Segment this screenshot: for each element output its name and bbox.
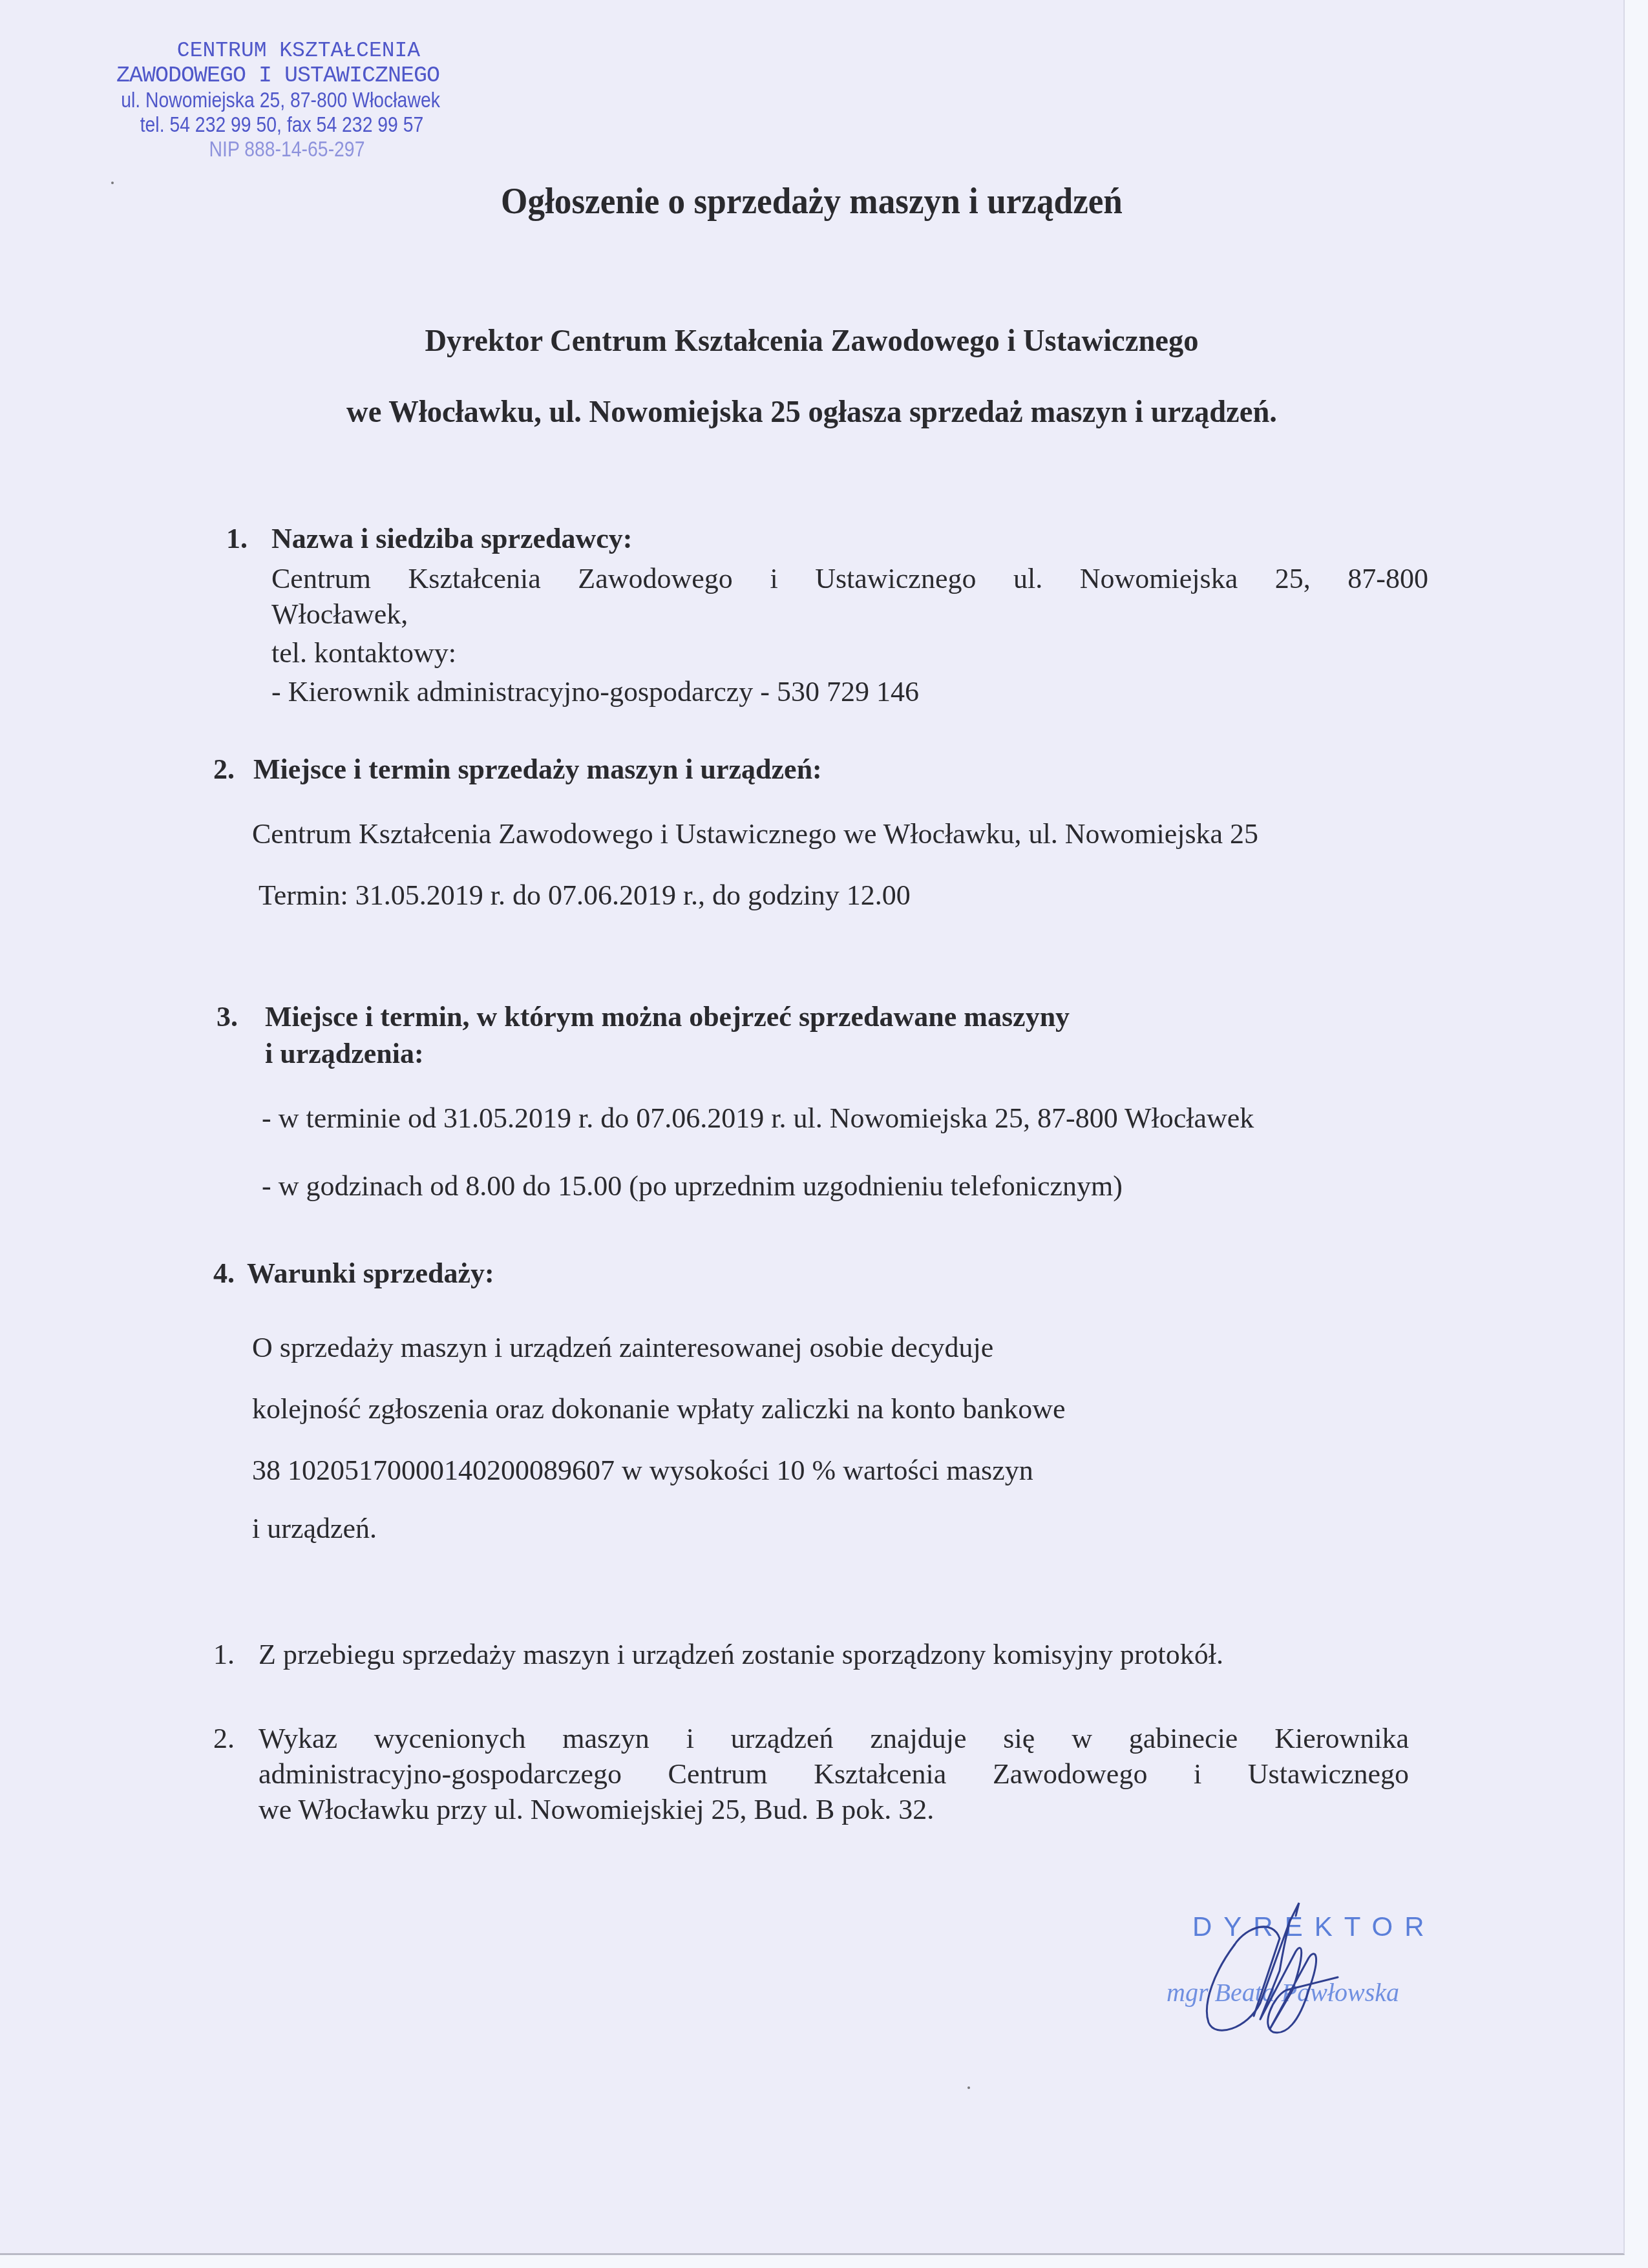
- handwritten-signature-icon: [1176, 1893, 1357, 2042]
- section-heading: Miejsce i termin, w którym można obejrze…: [265, 1000, 1070, 1033]
- stamp-line-2: ZAWODOWEGO I USTAWICZNEGO: [71, 63, 485, 88]
- section-line: kolejność zgłoszenia oraz dokonanie wpła…: [252, 1392, 1065, 1425]
- section-heading: Warunki sprzedaży:: [247, 1257, 494, 1290]
- section-number: 4.: [213, 1257, 235, 1290]
- stamp-line-3: ul. Nowomiejska 25, 87-800 Włocławek: [103, 88, 458, 112]
- viewing-dates-line: - w terminie od 31.05.2019 r. do 07.06.2…: [262, 1102, 1254, 1135]
- section-heading-cont: i urządzenia:: [265, 1037, 424, 1070]
- scan-speck: [111, 182, 114, 184]
- scan-speck: [967, 2086, 970, 2089]
- stamp-line-4: tel. 54 232 99 50, fax 54 232 99 57: [104, 112, 460, 137]
- note-text: we Włocławku przy ul. Nowomiejskiej 25, …: [259, 1793, 934, 1826]
- note-number: 2.: [213, 1722, 235, 1755]
- section-line: Centrum Kształcenia Zawodowego i Ustawic…: [252, 817, 1258, 850]
- subtitle-line-1: Dyrektor Centrum Kształcenia Zawodowego …: [25, 323, 1600, 359]
- section-line: i urządzeń.: [252, 1512, 377, 1545]
- subtitle-line-2: we Włocławku, ul. Nowomiejska 25 ogłasza…: [25, 394, 1600, 430]
- stamp-line-1: CENTRUM KSZTAŁCENIA: [92, 39, 505, 63]
- contact-phone-line: - Kierownik administracyjno-gospodarczy …: [271, 675, 919, 708]
- note-text: Z przebiegu sprzedaży maszyn i urządzeń …: [259, 1638, 1223, 1671]
- section-number: 2.: [213, 753, 235, 786]
- section-number: 1.: [226, 522, 248, 555]
- viewing-hours-line: - w godzinach od 8.00 do 15.00 (po uprze…: [262, 1170, 1123, 1202]
- note-number: 1.: [213, 1638, 235, 1671]
- stamp-line-5: NIP 888-14-65-297: [109, 137, 465, 162]
- note-text: Wykaz wycenionych maszyn i urządzeń znaj…: [259, 1722, 1409, 1755]
- sale-term-line: Termin: 31.05.2019 r. do 07.06.2019 r., …: [259, 879, 911, 912]
- document-page: CENTRUM KSZTAŁCENIA ZAWODOWEGO I USTAWIC…: [0, 0, 1625, 2255]
- institution-stamp: CENTRUM KSZTAŁCENIA ZAWODOWEGO I USTAWIC…: [78, 39, 491, 162]
- section-line: tel. kontaktowy:: [271, 636, 456, 669]
- section-number: 3.: [217, 1000, 238, 1033]
- section-line: O sprzedaży maszyn i urządzeń zaintereso…: [252, 1331, 993, 1364]
- note-text: administracyjno-gospodarczego Centrum Ks…: [259, 1758, 1409, 1790]
- section-heading: Nazwa i siedziba sprzedawcy:: [271, 522, 633, 555]
- section-line: Centrum Kształcenia Zawodowego i Ustawic…: [271, 562, 1428, 595]
- section-line: Włocławek,: [271, 598, 408, 631]
- bank-account-line: 38 10205170000140200089607 w wysokości 1…: [252, 1454, 1033, 1487]
- page-title: Ogłoszenie o sprzedaży maszyn i urządzeń: [41, 181, 1583, 222]
- section-heading: Miejsce i termin sprzedaży maszyn i urzą…: [253, 753, 822, 786]
